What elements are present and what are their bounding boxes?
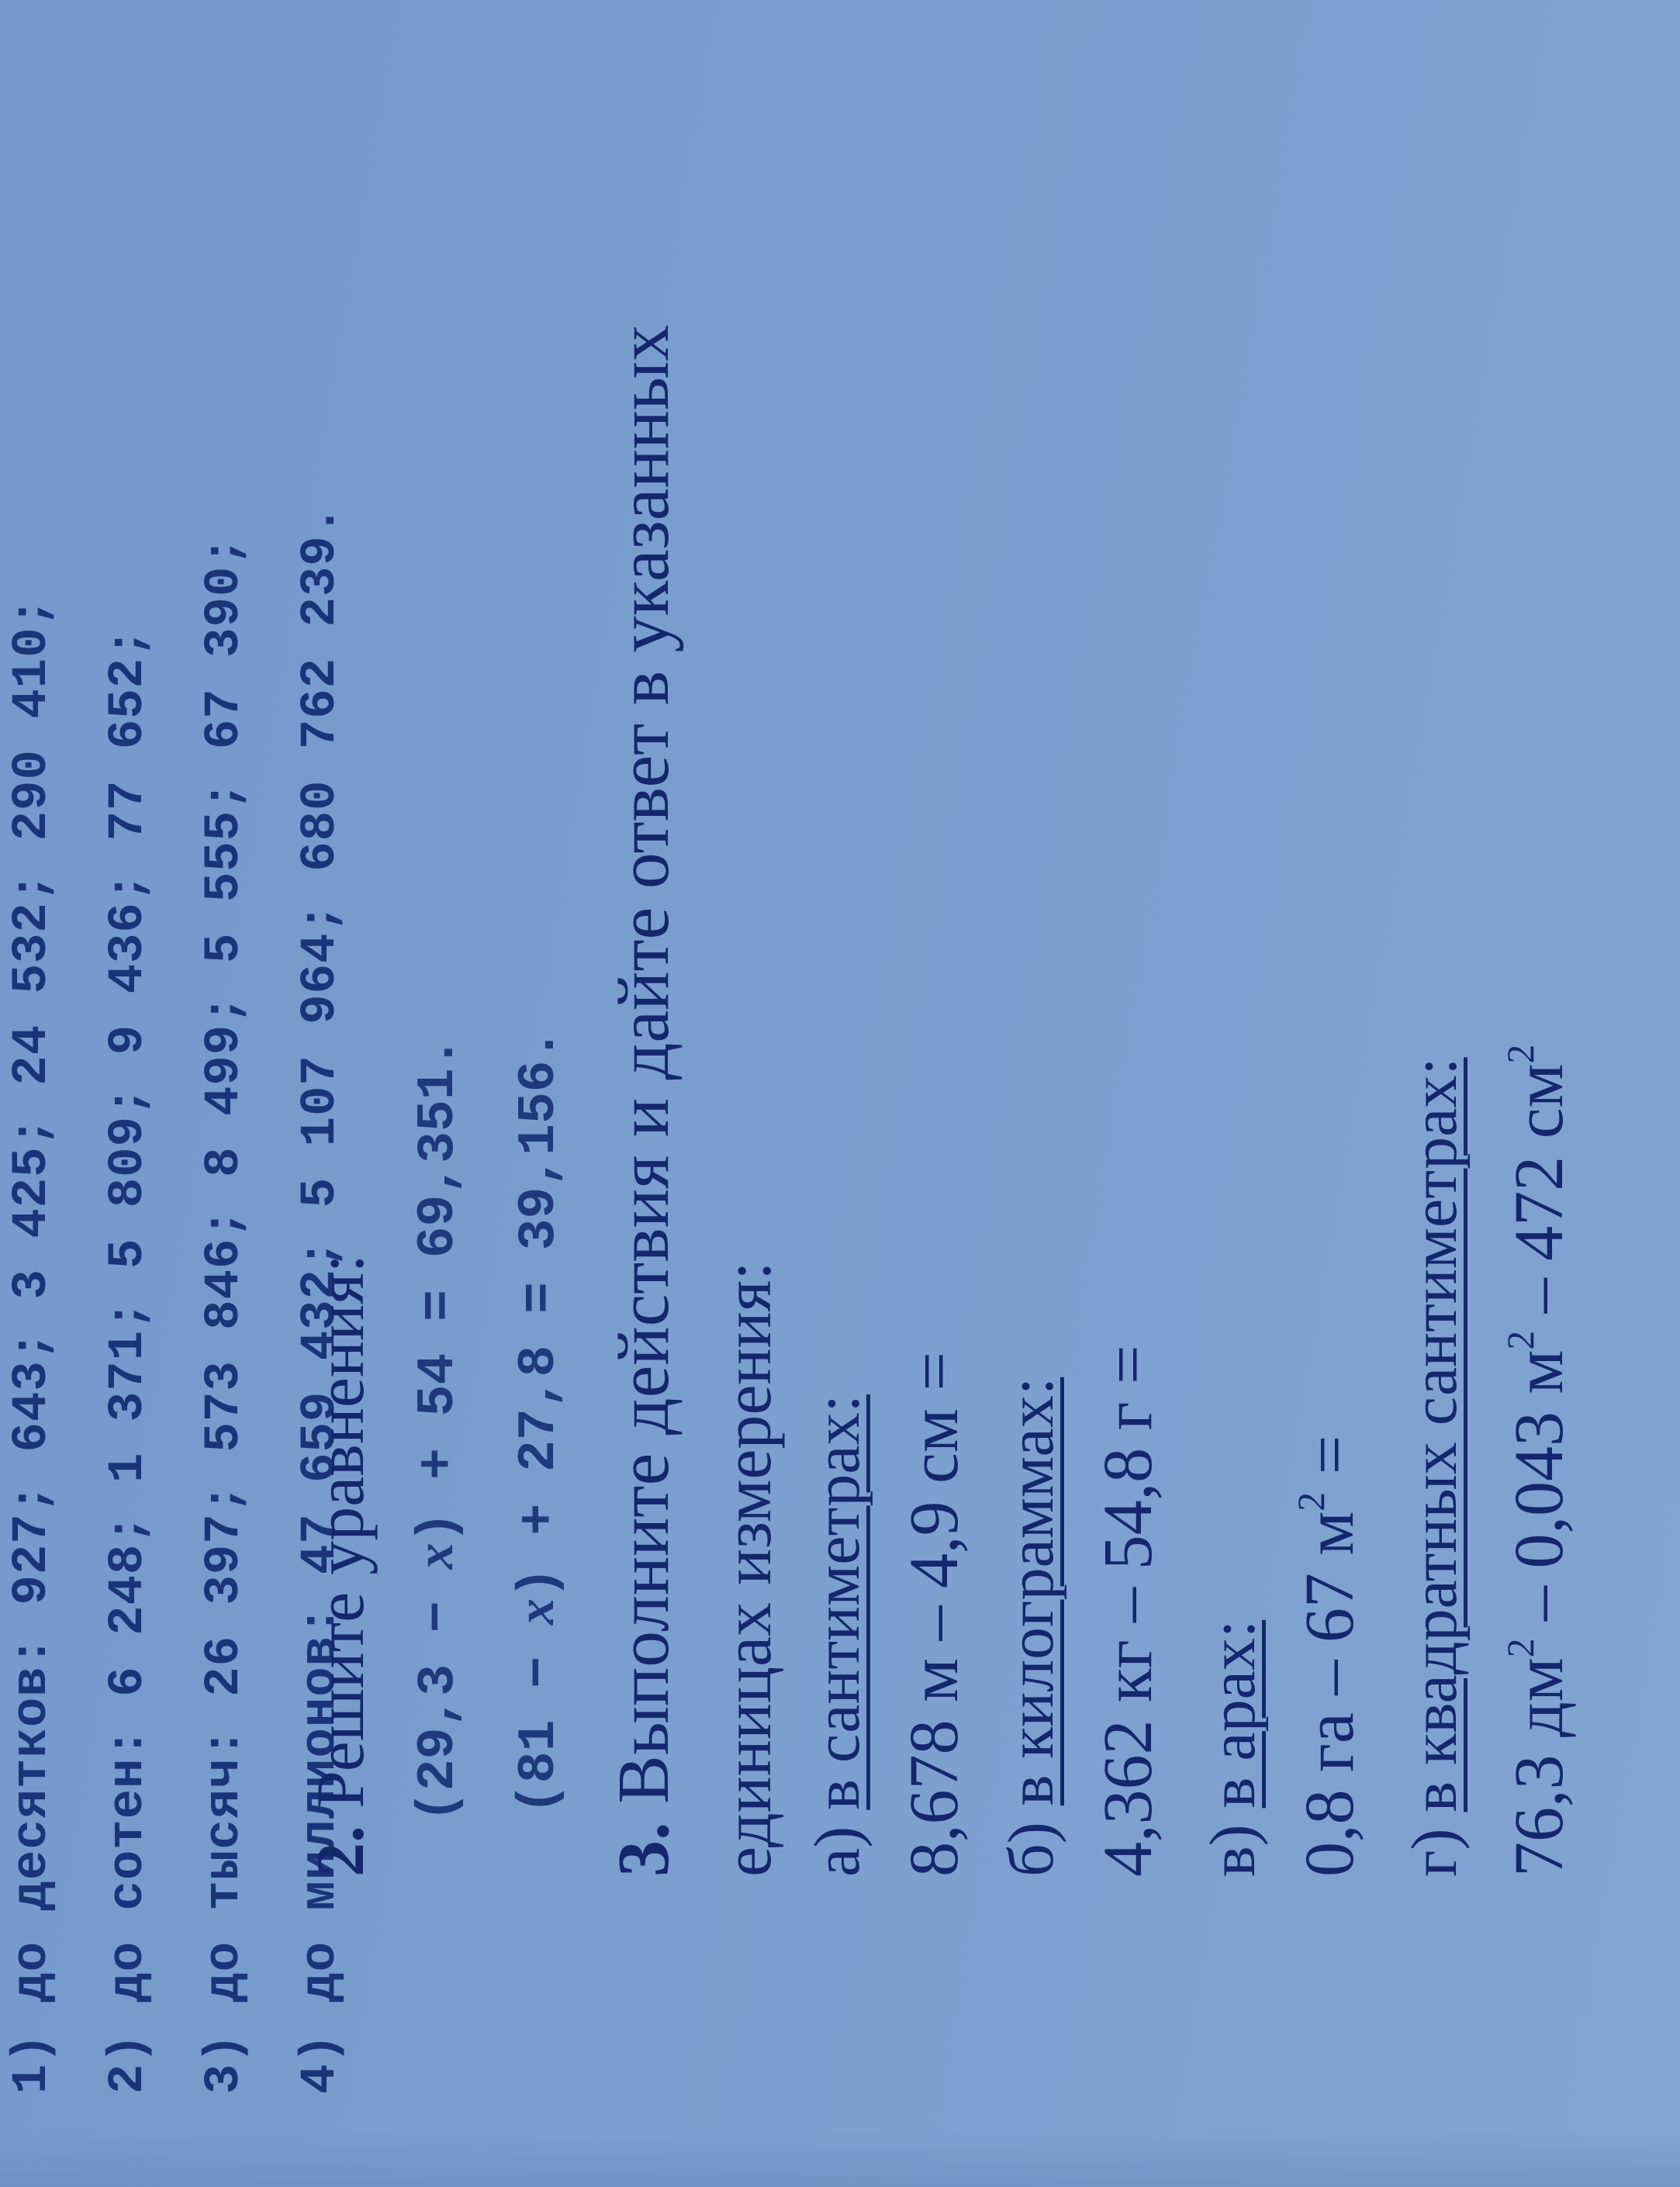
task3-item-b-expression: 4,362 кг – 54,8 г = [1086,1345,1171,1877]
exponent: 2 [1499,1045,1542,1064]
item-expression: – 472 см [1501,1063,1578,1330]
item-expression: – 0,043 м [1501,1350,1578,1639]
task2-equation-1: (29,3 − x) + 54 = 69,351. [396,1037,478,1822]
task3-title-line1: Выполните действия и дайте ответ в указа… [603,325,684,1804]
task2-number: 2. [303,1826,379,1877]
equation-text: (29,3 − [409,1570,468,1822]
rounding-row-label: 2) до сотен: [101,1727,157,2094]
task2-title: Решите уравнения: [303,1254,379,1809]
task3-item-d-expression: 76,3 дм2 – 0,043 м2 – 472 см2 [1497,1045,1582,1877]
item-target-unit: в квадратных сантиметрах: [1398,1057,1471,1812]
task3-number: 3. [603,1822,684,1878]
item-letter: г) [1398,1829,1471,1877]
task3-heading-line2: единицах измерения: [710,1261,787,1877]
equation-text: ) + 54 = 69,351. [409,1037,468,1543]
rounding-row-values: 927; 643; 3 425; 24 532; 290 410; [5,596,60,1605]
task3-item-d-label: г) в квадратных сантиметрах: [1396,1057,1474,1877]
exponent: 2 [1290,1492,1333,1512]
task2-heading: 2. Решите уравнения: [302,1254,380,1877]
task3-item-a-label: а) в сантиметрах: [799,1394,876,1877]
item-target-unit: в сантиметрах: [801,1394,873,1810]
textbook-page: 1) до десятков: 927; 643; 3 425; 24 532;… [0,0,1680,2187]
item-letter: а) [801,1826,873,1877]
task3-item-c-label: в) в арах: [1194,1620,1272,1877]
item-expression: 0,8 га – 67 м [1291,1512,1368,1877]
exponent: 2 [1499,1331,1542,1350]
item-expression: 4,362 кг – 54,8 г = [1090,1345,1167,1877]
equation-text: ) + 27,8 = 39,156. [510,1029,569,1599]
task3-item-b-label: б) в килограммах: [993,1377,1070,1877]
task3-item-a-expression: 8,678 м – 4,9 см = [892,1352,977,1877]
item-letter: б) [995,1822,1067,1877]
equation-variable: x [405,1543,464,1570]
equation-text: (81 − [510,1625,569,1815]
rounding-row-label: 3) до тысяч: [197,1727,253,2094]
rounding-row: 1) до десятков: 927; 643; 3 425; 24 532;… [0,505,81,2094]
item-expression: 76,3 дм [1501,1657,1578,1877]
task3-heading: 3. Выполните действия и дайте ответ в ук… [605,325,683,1877]
item-expression-tail: = [1291,1436,1368,1492]
equation-variable: x [506,1598,565,1625]
rounding-row-label: 1) до десятков: [5,1636,60,2094]
task2-equation-2: (81 − x) + 27,8 = 39,156. [496,1029,579,1815]
task3-title-line2: единицах измерения: [710,1261,786,1877]
exponent: 2 [1499,1639,1542,1658]
item-target-unit: в килограммах: [995,1377,1067,1805]
rounding-row-values: 6 248; 1 371; 5 809; 9 436; 77 652; [101,627,157,1697]
item-letter: в) [1197,1824,1269,1877]
rounding-row-values: 26 397; 573 846; 8 499; 5 555; 67 390; [197,535,253,1696]
task3-item-c-expression: 0,8 га – 67 м2 = [1288,1436,1373,1877]
item-target-unit: в арах: [1197,1620,1269,1809]
item-expression: 8,678 м – 4,9 см = [896,1352,973,1877]
rounding-row: 2) до сотен: 6 248; 1 371; 5 809; 9 436;… [81,505,177,2094]
rounding-row: 3) до тысяч: 26 397; 573 846; 8 499; 5 5… [177,505,273,2094]
